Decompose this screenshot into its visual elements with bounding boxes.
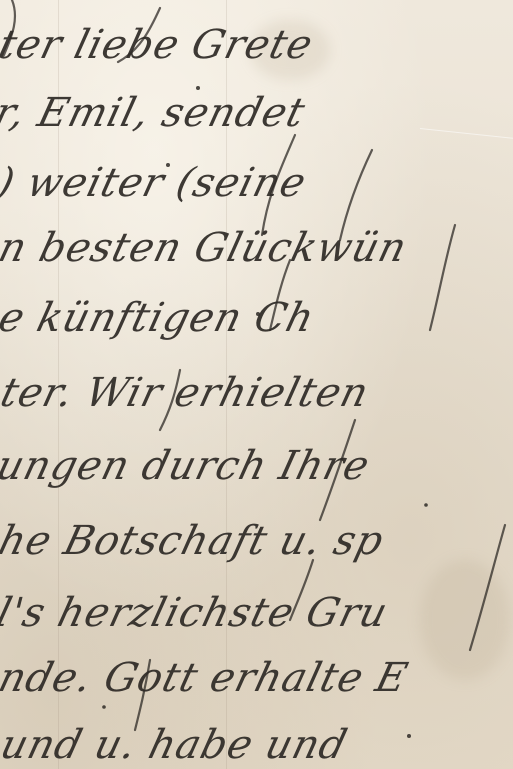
handwriting-line: nde. Gott erhalte E xyxy=(0,655,413,701)
paper-stain xyxy=(420,560,510,680)
paper-crease xyxy=(420,128,513,139)
handwriting-line: e künftigen Ch xyxy=(0,295,319,341)
handwriting-line: ) weiter (seine xyxy=(0,160,311,206)
handwriting-line: und u. habe und xyxy=(0,722,352,768)
handwriting-line: l's herzlichste Gru xyxy=(0,590,393,636)
handwriting-line: n besten Glückwün xyxy=(0,225,412,271)
handwriting-line: ungen durch Ihre xyxy=(0,443,374,489)
handwriting-line: ter. Wir erhielten xyxy=(0,370,374,416)
handwriting-line: ter liebe Grete xyxy=(0,22,318,68)
handwriting-line: he Botschaft u. sp xyxy=(0,518,389,564)
letter-paper: ter liebe Grete r, Emil, sendet ) weiter… xyxy=(0,0,513,769)
handwriting-line: r, Emil, sendet xyxy=(0,90,310,136)
